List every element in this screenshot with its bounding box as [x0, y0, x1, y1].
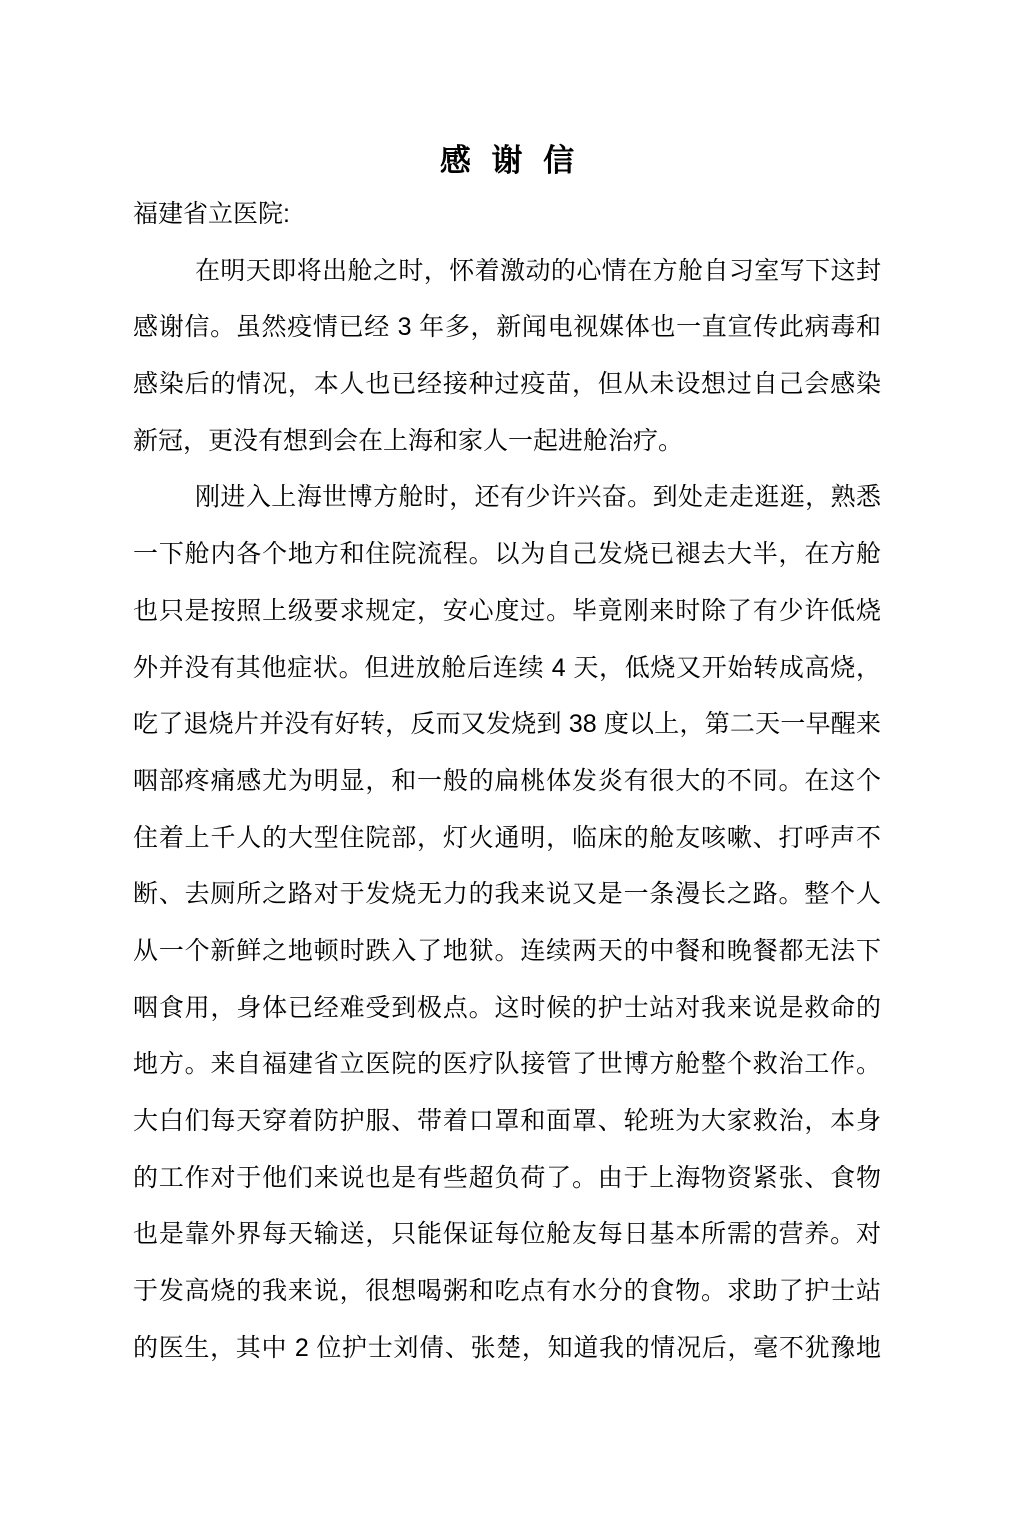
text-line: 感谢信。虽然疫情已经 3 年多，新闻电视媒体也一直宣传此病毒和	[133, 299, 881, 356]
text-line: 咽食用，身体已经难受到极点。这时候的护士站对我来说是救命的	[133, 980, 881, 1037]
letter-title: 感 谢 信	[133, 143, 881, 179]
text-line: 也是靠外界每天输送，只能保证每位舱友每日基本所需的营养。对	[133, 1206, 881, 1263]
text-line: 咽部疼痛感尤为明显，和一般的扁桃体发炎有很大的不同。在这个	[133, 753, 881, 810]
text-line: 于发高烧的我来说，很想喝粥和吃点有水分的食物。求助了护士站	[133, 1263, 881, 1320]
text-line: 感染后的情况，本人也已经接种过疫苗，但从未设想过自己会感染	[133, 356, 881, 413]
text-line: 的医生，其中 2 位护士刘倩、张楚，知道我的情况后，毫不犹豫地	[133, 1320, 881, 1377]
text-line: 住着上千人的大型住院部，灯火通明，临床的舱友咳嗽、打呼声不	[133, 810, 881, 867]
text-line: 刚进入上海世博方舱时，还有少许兴奋。到处走走逛逛，熟悉	[133, 469, 881, 526]
text-line: 在明天即将出舱之时，怀着激动的心情在方舱自习室写下这封	[133, 243, 881, 300]
text-line: 吃了退烧片并没有好转，反而又发烧到 38 度以上，第二天一早醒来	[133, 696, 881, 753]
text-line: 的工作对于他们来说也是有些超负荷了。由于上海物资紧张、食物	[133, 1150, 881, 1207]
text-line: 外并没有其他症状。但进放舱后连续 4 天，低烧又开始转成高烧，	[133, 640, 881, 697]
text-line: 一下舱内各个地方和住院流程。以为自己发烧已褪去大半，在方舱	[133, 526, 881, 583]
text-line: 新冠，更没有想到会在上海和家人一起进舱治疗。	[133, 413, 881, 470]
letter-body: 福建省立医院: 在明天即将出舱之时，怀着激动的心情在方舱自习室写下这封 感谢信。…	[133, 186, 881, 1376]
text-line: 断、去厕所之路对于发烧无力的我来说又是一条漫长之路。整个人	[133, 866, 881, 923]
letter-salutation: 福建省立医院:	[133, 186, 881, 243]
text-line: 也只是按照上级要求规定，安心度过。毕竟刚来时除了有少许低烧	[133, 583, 881, 640]
text-line: 大白们每天穿着防护服、带着口罩和面罩、轮班为大家救治，本身	[133, 1093, 881, 1150]
text-line: 地方。来自福建省立医院的医疗队接管了世博方舱整个救治工作。	[133, 1036, 881, 1093]
text-line: 从一个新鲜之地顿时跌入了地狱。连续两天的中餐和晚餐都无法下	[133, 923, 881, 980]
letter-page: 感 谢 信 福建省立医院: 在明天即将出舱之时，怀着激动的心情在方舱自习室写下这…	[0, 0, 1014, 1527]
